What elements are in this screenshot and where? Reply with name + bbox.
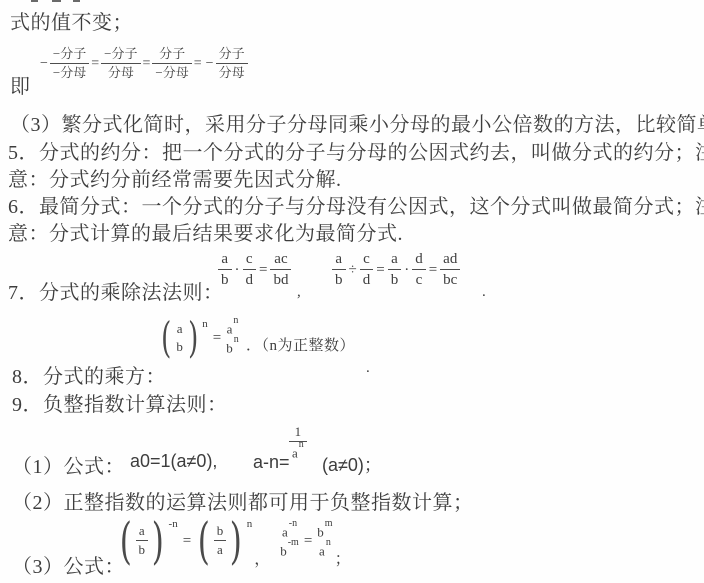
minus-sign: −	[204, 56, 216, 72]
base: b	[317, 524, 324, 539]
fraction-denominator: bd	[270, 270, 291, 289]
equals-sign: =	[180, 533, 194, 550]
minus-sign: −	[38, 56, 50, 72]
fraction: 分子 分母	[216, 47, 248, 81]
identity-formula: − −分子 −分母 = −分子 分母 = 分子 −分母 = − 分子 分母	[38, 40, 248, 88]
item6-line2: 意：分式计算的最后结果要求化为最简分式.	[8, 217, 403, 246]
exponent: n	[202, 318, 208, 330]
fraction-numerator: 1	[289, 425, 307, 442]
item9-p3-label: （3）公式：	[12, 550, 125, 579]
fraction-denominator: 分母	[216, 64, 248, 81]
fraction: a b	[218, 251, 232, 290]
item7-multiply-formula: a b · c d = ac bd	[218, 247, 291, 293]
left-parenthesis: (	[120, 521, 132, 562]
item5-line1: 5．分式的约分：把一个分式的分子与分母的公因式约去，叫做分式的约分；注	[8, 136, 704, 165]
item7-label: 7．分式的乘除法法则：	[8, 276, 224, 305]
right-parenthesis: )	[230, 521, 242, 562]
item8-formula: ( a b ) n = an bn	[158, 312, 241, 364]
exponent: -n	[289, 518, 297, 529]
fraction-numerator: a	[136, 524, 149, 541]
clipped-text-fragment	[73, 0, 80, 2]
fraction-denominator: 分母	[101, 64, 140, 81]
stack-bottom: b-m	[278, 541, 301, 560]
fraction-denominator: b	[136, 541, 149, 558]
fraction-denominator: d	[360, 270, 374, 289]
stacked-fraction: a b	[174, 320, 185, 355]
left-parenthesis: (	[161, 321, 171, 355]
item9-p3-formula: ( a b ) -n = ( b a ) n ， a-n b-m = bm an…	[116, 510, 351, 572]
fraction-numerator: c	[360, 251, 374, 270]
fraction-numerator: a	[218, 251, 232, 270]
item9-p1-equation1: a0=1(a≠0),	[130, 451, 217, 472]
fraction-numerator: c	[243, 251, 257, 270]
equals-sign: =	[373, 262, 387, 279]
stacked-fraction: an bn	[224, 319, 241, 357]
fraction: c d	[360, 251, 374, 290]
equals-sign: =	[192, 56, 204, 72]
stacked-fraction: bm an	[315, 522, 334, 560]
base: b	[226, 340, 233, 355]
fraction: 分子 −分母	[152, 47, 191, 81]
fraction-denominator: −分母	[152, 64, 191, 81]
fraction: ac bd	[270, 251, 291, 290]
base: a	[227, 321, 233, 336]
item6-line1: 6．最简分式：一个分式的分子与分母没有公因式，这个分式叫做最简分式；注	[8, 190, 704, 219]
stack-top: bm	[315, 522, 334, 541]
item9-p1-lhs: a-n=	[253, 452, 290, 473]
equals-sign: =	[89, 56, 101, 72]
semicolon: ；	[335, 552, 351, 568]
identity-label: 即	[10, 70, 31, 99]
fraction: ad bc	[440, 251, 460, 290]
fraction-numerator: d	[412, 251, 426, 270]
clipped-text-fragment	[31, 0, 38, 2]
equals-sign: =	[301, 533, 315, 550]
fraction-numerator: 分子	[152, 47, 191, 64]
multiply-dot: ·	[232, 262, 243, 279]
exponent: n	[299, 439, 304, 450]
fraction: c d	[243, 251, 257, 290]
period: .	[482, 284, 486, 301]
right-parenthesis: )	[188, 321, 198, 355]
equals-sign: =	[141, 56, 153, 72]
exponent: n	[234, 334, 239, 345]
fraction-numerator: a	[388, 251, 402, 270]
exponent: n	[326, 537, 331, 548]
stack-bottom: an	[315, 541, 334, 560]
item9-label: 9．负整指数计算法则：	[12, 388, 228, 417]
fraction-numerator: −分子	[50, 47, 89, 64]
fraction-denominator: −分母	[50, 64, 89, 81]
fraction-numerator: b	[214, 524, 227, 541]
equals-sign: =	[210, 330, 224, 347]
base: a	[282, 524, 288, 539]
item8-note: ．（n为正整数）	[246, 334, 355, 355]
paragraph-fanfenshi: （3）繁分式化简时，采用分子分母同乘小分母的最小公倍数的方法，比较简单.	[10, 108, 704, 137]
exponent: m	[325, 518, 333, 529]
exponent: n	[233, 315, 238, 326]
clipped-text-fragment	[52, 0, 61, 2]
fraction-numerator: 分子	[216, 47, 248, 64]
fraction-denominator: an	[289, 442, 307, 461]
item9-p1-tail: (a≠0)；	[322, 451, 382, 477]
item7-divide-formula: a b ÷ c d = a b · d c = ad bc	[332, 247, 460, 293]
fraction-denominator: d	[243, 270, 257, 289]
fraction-denominator: c	[412, 270, 426, 289]
comma: ,	[297, 284, 301, 301]
fraction-numerator: ac	[270, 251, 291, 270]
comma: ，	[254, 552, 270, 568]
stack-bottom: b	[174, 338, 185, 356]
base: a	[319, 543, 325, 558]
fraction: a b	[388, 251, 402, 290]
item8-label: 8．分式的乘方：	[12, 360, 166, 389]
fraction-denominator: bc	[440, 270, 460, 289]
exponent: n	[247, 518, 253, 530]
divide-sign: ÷	[346, 262, 360, 279]
fraction-denominator: a	[214, 541, 227, 558]
exponent: -m	[288, 537, 299, 548]
item5-line2: 意：分式约分前经常需要先因式分解.	[8, 163, 342, 192]
right-parenthesis: )	[152, 521, 164, 562]
equals-sign: =	[426, 262, 440, 279]
fraction-denominator: b	[332, 270, 346, 289]
intro-line: 式的值不变；	[10, 6, 133, 35]
left-parenthesis: (	[198, 521, 210, 562]
fraction-denominator: b	[388, 270, 402, 289]
stack-bottom: bn	[224, 338, 241, 357]
exponent: -n	[169, 518, 178, 530]
fraction: a b	[136, 524, 149, 558]
period: .	[366, 360, 370, 377]
separator-dot: ．	[246, 338, 262, 354]
item9-p1-label: （1）公式：	[12, 450, 125, 479]
equals-sign: =	[256, 262, 270, 279]
fraction: a b	[332, 251, 346, 290]
fraction: b a	[214, 524, 227, 558]
reciprocal-fraction: 1 an	[289, 425, 307, 461]
fraction: d c	[412, 251, 426, 290]
stack-top: a	[174, 320, 185, 338]
document-page: 式的值不变； 即 − −分子 −分母 = −分子 分母 = 分子 −分母 = −…	[0, 0, 704, 583]
fraction: −分子 分母	[101, 47, 140, 81]
fraction-numerator: a	[332, 251, 346, 270]
base: a	[292, 445, 298, 460]
fraction-numerator: −分子	[101, 47, 140, 64]
stacked-fraction: a-n b-m	[278, 522, 301, 560]
fraction-denominator: b	[218, 270, 232, 289]
base: b	[280, 543, 287, 558]
fraction: −分子 −分母	[50, 47, 89, 81]
fraction-numerator: ad	[440, 251, 460, 270]
note-text: （n为正整数）	[262, 338, 356, 354]
multiply-dot: ·	[401, 262, 412, 279]
